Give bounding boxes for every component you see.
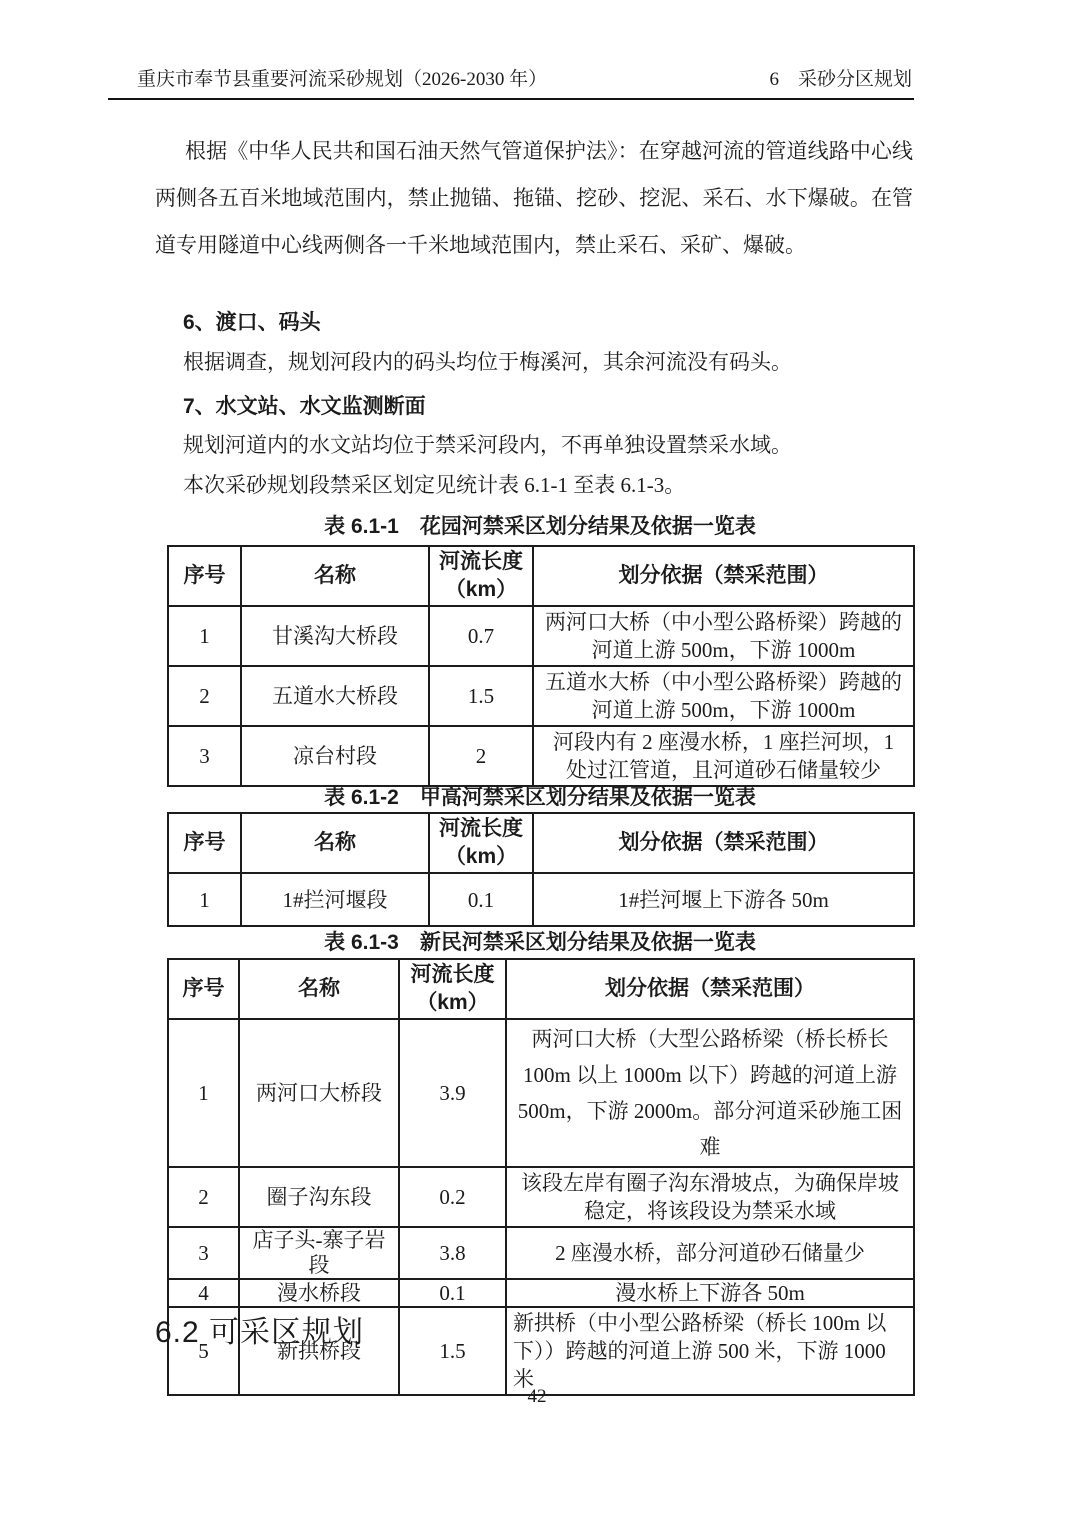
- table-cell: 0.2: [399, 1167, 506, 1227]
- column-header-name: 名称: [239, 959, 399, 1019]
- table-row: 2 五道水大桥段 1.5 五道水大桥（中小型公路桥梁）跨越的河道上游 500m，…: [168, 666, 914, 726]
- table-header-row: 序号 名称 河流长度 （km） 划分依据（禁采范围）: [168, 813, 914, 873]
- table-cell: 1: [168, 1019, 239, 1167]
- table-cell: 2 座漫水桥，部分河道砂石储量少: [506, 1227, 914, 1279]
- table-cell: 3.8: [399, 1227, 506, 1279]
- running-header-right: 6 采砂分区规划: [769, 68, 912, 92]
- paragraph-dock: 根据调查，规划河段内的码头均位于梅溪河，其余河流没有码头。: [183, 349, 792, 375]
- table-cell: 0.1: [429, 873, 533, 926]
- table-cell: 3: [168, 1227, 239, 1279]
- running-header-left: 重庆市奉节县重要河流采砂规划（2026-2030 年）: [137, 68, 547, 92]
- table-cell: 3: [168, 726, 241, 786]
- table-cell: 0.1: [399, 1279, 506, 1307]
- column-header-length: 河流长度 （km）: [429, 813, 533, 873]
- table-cell: 1.5: [399, 1307, 506, 1395]
- column-header-basis: 划分依据（禁采范围）: [533, 813, 914, 873]
- table-cell: 2: [429, 726, 533, 786]
- header-rule: [108, 98, 914, 100]
- section-heading-6-2: 6.2 可采区规划: [155, 1312, 364, 1354]
- document-page: 重庆市奉节县重要河流采砂规划（2026-2030 年） 6 采砂分区规划 根据《…: [0, 0, 1074, 1520]
- table-cell: 1#拦河堰段: [241, 873, 429, 926]
- table-cell: 凉台村段: [241, 726, 429, 786]
- table-header-row: 序号 名称 河流长度 （km） 划分依据（禁采范围）: [168, 959, 914, 1019]
- table-cell: 漫水桥段: [239, 1279, 399, 1307]
- table-row: 4 漫水桥段 0.1 漫水桥上下游各 50m: [168, 1279, 914, 1307]
- table-row: 3 凉台村段 2 河段内有 2 座漫水桥，1 座拦河坝，1 处过江管道，且河道砂…: [168, 726, 914, 786]
- column-header-length: 河流长度 （km）: [429, 546, 533, 606]
- table-cell: 2: [168, 1167, 239, 1227]
- table-cell: 五道水大桥（中小型公路桥梁）跨越的河道上游 500m，下游 1000m: [533, 666, 914, 726]
- paragraph-pipeline-law: 根据《中华人民共和国石油天然气管道保护法》：在穿越河流的管道线路中心线两侧各五百…: [155, 128, 913, 269]
- page-number: 42: [0, 1385, 1074, 1409]
- table-row: 2 圈子沟东段 0.2 该段左岸有圈子沟东滑坡点，为确保岸坡稳定，将该段设为禁采…: [168, 1167, 914, 1227]
- column-header-seq: 序号: [168, 546, 241, 606]
- column-header-name: 名称: [241, 813, 429, 873]
- column-header-basis: 划分依据（禁采范围）: [533, 546, 914, 606]
- table-cell: 甘溪沟大桥段: [241, 606, 429, 666]
- table-header-row: 序号 名称 河流长度 （km） 划分依据（禁采范围）: [168, 546, 914, 606]
- paragraph-table-ref: 本次采砂规划段禁采区划定见统计表 6.1-1 至表 6.1-3。: [183, 472, 685, 498]
- table-cell: 3.9: [399, 1019, 506, 1167]
- table-6-1-2: 序号 名称 河流长度 （km） 划分依据（禁采范围） 1 1#拦河堰段 0.1 …: [167, 812, 915, 927]
- table-cell: 店子头-寨子岩段: [239, 1227, 399, 1279]
- table-cell: 0.7: [429, 606, 533, 666]
- table-cell: 两河口大桥（中小型公路桥梁）跨越的河道上游 500m，下游 1000m: [533, 606, 914, 666]
- table-row: 1 两河口大桥段 3.9 两河口大桥（大型公路桥梁（桥长桥长 100m 以上 1…: [168, 1019, 914, 1167]
- table-cell: 该段左岸有圈子沟东滑坡点，为确保岸坡稳定，将该段设为禁采水域: [506, 1167, 914, 1227]
- table-cell: 漫水桥上下游各 50m: [506, 1279, 914, 1307]
- table-row: 1 甘溪沟大桥段 0.7 两河口大桥（中小型公路桥梁）跨越的河道上游 500m，…: [168, 606, 914, 666]
- table-cell: 两河口大桥段: [239, 1019, 399, 1167]
- table-row: 3 店子头-寨子岩段 3.8 2 座漫水桥，部分河道砂石储量少: [168, 1227, 914, 1279]
- column-header-seq: 序号: [168, 813, 241, 873]
- table-cell: 两河口大桥（大型公路桥梁（桥长桥长 100m 以上 1000m 以下）跨越的河道…: [506, 1019, 914, 1167]
- heading-7-hydrology: 7、水文站、水文监测断面: [183, 394, 426, 420]
- column-header-seq: 序号: [168, 959, 239, 1019]
- column-header-basis: 划分依据（禁采范围）: [506, 959, 914, 1019]
- table-cell: 五道水大桥段: [241, 666, 429, 726]
- table-6-1-1: 序号 名称 河流长度 （km） 划分依据（禁采范围） 1 甘溪沟大桥段 0.7 …: [167, 545, 915, 787]
- column-header-name: 名称: [241, 546, 429, 606]
- table-cell: 新拱桥（中小型公路桥梁（桥长 100m 以下））跨越的河道上游 500 米，下游…: [506, 1307, 914, 1395]
- table-cell: 1: [168, 606, 241, 666]
- paragraph-hydrology: 规划河道内的水文站均位于禁采河段内，不再单独设置禁采水域。: [183, 432, 792, 458]
- heading-6-ferry-dock: 6、渡口、码头: [183, 310, 321, 336]
- table-caption-6-1-3: 表 6.1-3 新民河禁采区划分结果及依据一览表: [167, 928, 913, 958]
- table-cell: 圈子沟东段: [239, 1167, 399, 1227]
- table-cell: 4: [168, 1279, 239, 1307]
- table-row: 1 1#拦河堰段 0.1 1#拦河堰上下游各 50m: [168, 873, 914, 926]
- table-caption-6-1-2: 表 6.1-2 甲高河禁采区划分结果及依据一览表: [167, 783, 913, 813]
- table-cell: 河段内有 2 座漫水桥，1 座拦河坝，1 处过江管道，且河道砂石储量较少: [533, 726, 914, 786]
- table-cell: 1#拦河堰上下游各 50m: [533, 873, 914, 926]
- table-cell: 2: [168, 666, 241, 726]
- table-cell: 1.5: [429, 666, 533, 726]
- table-cell: 1: [168, 873, 241, 926]
- table-caption-6-1-1: 表 6.1-1 花园河禁采区划分结果及依据一览表: [167, 512, 913, 542]
- column-header-length: 河流长度 （km）: [399, 959, 506, 1019]
